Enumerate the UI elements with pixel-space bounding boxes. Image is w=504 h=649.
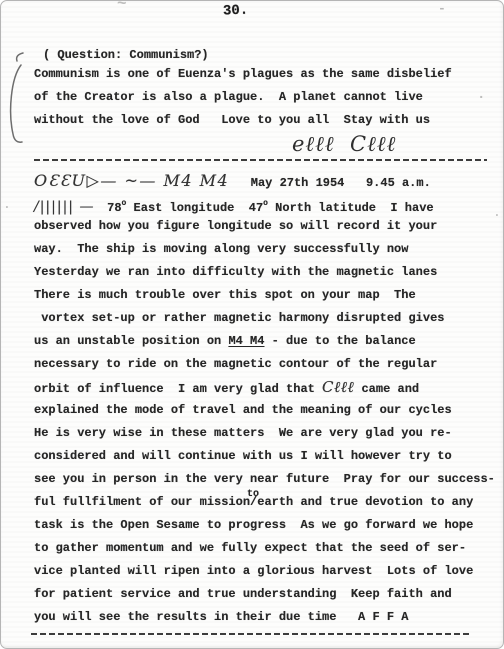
typed-insertion-above: to	[247, 483, 259, 506]
text-line: Communism is one of Euenza's plagues as …	[34, 63, 493, 86]
typed-text: for patient service and true understandi…	[34, 587, 452, 601]
text-line: ( Question: Communism?)	[34, 47, 493, 63]
dashed-rule	[31, 633, 471, 635]
text-line: way. The ship is moving along very succe…	[34, 238, 493, 261]
slash-with-insertion: /to	[250, 495, 257, 509]
typed-text: earth and true devotion to any	[257, 495, 473, 509]
text-line: us an unstable position on M4 M4 - due t…	[34, 330, 493, 353]
text-line: observed how you figure longitude so wil…	[34, 215, 493, 238]
typed-text: East longitude 47	[126, 201, 263, 215]
typed-text: vice planted will ripen into a glorious …	[34, 564, 473, 578]
handwritten-symbols: OƐƐU	[34, 171, 87, 190]
text-line: Yesterday we ran into difficulty with th…	[34, 261, 493, 284]
typed-text: without the love of God Love to you all …	[34, 113, 430, 127]
typed-text: Yesterday we ran into difficulty with th…	[34, 265, 437, 279]
typed-text: He is very wise in these matters We are …	[34, 426, 452, 440]
typed-text: orbit of influence I am very glad that	[34, 382, 322, 396]
handwritten-symbols: — ~—	[100, 171, 157, 190]
text-line: explained the mode of travel and the mea…	[34, 399, 493, 422]
underlined-typed-text: M4 M4	[228, 334, 264, 348]
text-line: to gather momentum and we fully expect t…	[34, 537, 493, 560]
handwritten-symbols: ▷	[87, 171, 101, 190]
typed-text: ( Question: Communism?)	[43, 48, 209, 62]
typed-text: task is the Open Sesame to progress As w…	[34, 518, 473, 532]
typed-text: considered and will continue with us I w…	[34, 449, 452, 463]
handwritten-tally-marks: /|||||| —	[34, 199, 100, 215]
text-line: OƐƐU▷— ~— M4 M4 May 27th 1954 9.45 a.m.	[34, 169, 493, 193]
text-line: of the Creator is also a plague. A plane…	[34, 86, 493, 109]
dashed-rule	[34, 159, 487, 161]
text-line: /|||||| — 78o East longitude 47o North l…	[34, 193, 493, 215]
text-line: necessary to ride on the magnetic contou…	[34, 353, 493, 376]
text-line: without the love of God Love to you all …	[34, 109, 493, 132]
typed-text: explained the mode of travel and the mea…	[34, 403, 452, 417]
text-line: There is much trouble over this spot on …	[34, 284, 493, 307]
typed-text: - due to the balance	[264, 334, 415, 348]
handwritten-signature: eℓℓℓ Cℓℓℓ	[292, 132, 396, 156]
text-line: vortex set-up or rather magnetic harmony…	[34, 307, 493, 330]
typed-text: to gather momentum and we fully expect t…	[34, 541, 466, 555]
typescript-body: ( Question: Communism?)Communism is one …	[1, 1, 503, 635]
text-line: see you in person in the very near futur…	[34, 468, 493, 491]
typed-text: Communism is one of Euenza's plagues as …	[34, 67, 452, 81]
typed-text: There is much trouble over this spot on …	[34, 288, 416, 302]
handwritten-name-inline: Cℓℓℓ	[322, 378, 354, 396]
text-line: ful fullfilment of our mission/toearth a…	[34, 491, 493, 514]
handwritten-symbols: M4 M4	[157, 171, 229, 190]
text-line: eℓℓℓ Cℓℓℓ	[34, 132, 493, 156]
typed-text: see you in person in the very near futur…	[34, 472, 495, 486]
typed-text: of the Creator is also a plague. A plane…	[34, 90, 423, 104]
typed-text: 78	[100, 201, 122, 215]
text-line: you will see the results in their due ti…	[34, 606, 493, 629]
text-line: orbit of influence I am very glad that C…	[34, 376, 493, 399]
typed-text: observed how you figure longitude so wil…	[34, 219, 437, 233]
text-line: vice planted will ripen into a glorious …	[34, 560, 493, 583]
text-line: for patient service and true understandi…	[34, 583, 493, 606]
typed-text: necessary to ride on the magnetic contou…	[34, 357, 437, 371]
text-line: considered and will continue with us I w…	[34, 445, 493, 468]
typed-text: came and	[354, 382, 419, 396]
typed-text: way. The ship is moving along very succe…	[34, 242, 408, 256]
typed-text: us an unstable position on	[34, 334, 228, 348]
typed-text: North latitude I have	[268, 201, 434, 215]
typed-text: vortex set-up or rather magnetic harmony…	[34, 311, 444, 325]
scanned-typescript-page: 30. ( Question: Communism?)Communism is …	[0, 0, 504, 649]
text-line: He is very wise in these matters We are …	[34, 422, 493, 445]
typed-text: May 27th 1954 9.45 a.m.	[229, 176, 431, 190]
typed-text: ful fullfilment of our mission	[34, 495, 250, 509]
text-line: task is the Open Sesame to progress As w…	[34, 514, 493, 537]
typed-text: you will see the results in their due ti…	[34, 610, 408, 624]
